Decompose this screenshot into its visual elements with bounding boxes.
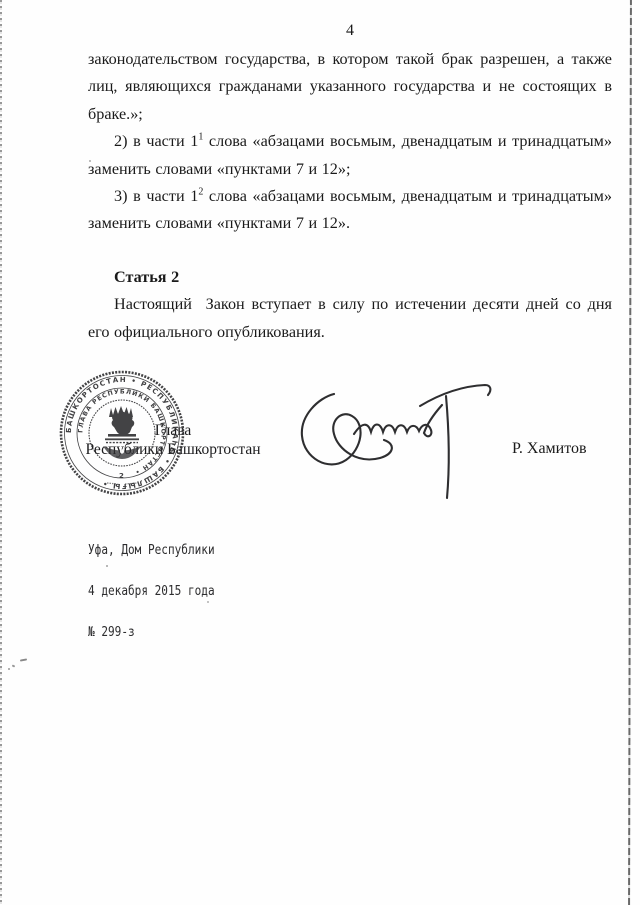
scan-speck bbox=[12, 665, 16, 668]
document-page: 4 законодательством государства, в котор… bbox=[0, 0, 640, 905]
official-seal: БАШКОРТОСТАН • РЕСПУБЛИКАһЫ • БАШЛЫҒЫ • … bbox=[59, 370, 185, 496]
page-number: 4 bbox=[88, 22, 612, 40]
superscript-index: 1 bbox=[198, 132, 203, 143]
handwritten-signature bbox=[288, 372, 503, 504]
superscript-index: 2 bbox=[198, 187, 203, 198]
body-paragraph: Настоящий Закон вступает в силу по истеч… bbox=[88, 291, 612, 346]
issuance-date: 4 декабря 2015 года bbox=[88, 585, 215, 599]
issuance-place: Уфа, Дом Республики bbox=[88, 544, 215, 558]
body-paragraph: 3) в части 12 слова «абзацами восьмым, д… bbox=[88, 183, 612, 238]
issuance-number: № 299-з bbox=[88, 626, 215, 640]
scan-speck bbox=[20, 658, 27, 661]
signatory-name: Р. Хамитов bbox=[512, 440, 587, 458]
article-heading: Статья 2 bbox=[88, 264, 612, 291]
seal-center-mark: 2 bbox=[119, 472, 124, 480]
body-paragraph: законодательством государства, в котором… bbox=[88, 46, 612, 128]
document-body: законодательством государства, в котором… bbox=[88, 46, 612, 346]
scan-edge-artifact-right bbox=[628, 0, 632, 905]
issuance-block: Уфа, Дом Республики 4 декабря 2015 года … bbox=[88, 516, 215, 668]
body-paragraph: 2) в части 11 слова «абзацами восьмым, д… bbox=[88, 128, 612, 183]
scan-edge-artifact-left bbox=[0, 0, 2, 905]
scan-speck bbox=[8, 668, 10, 670]
